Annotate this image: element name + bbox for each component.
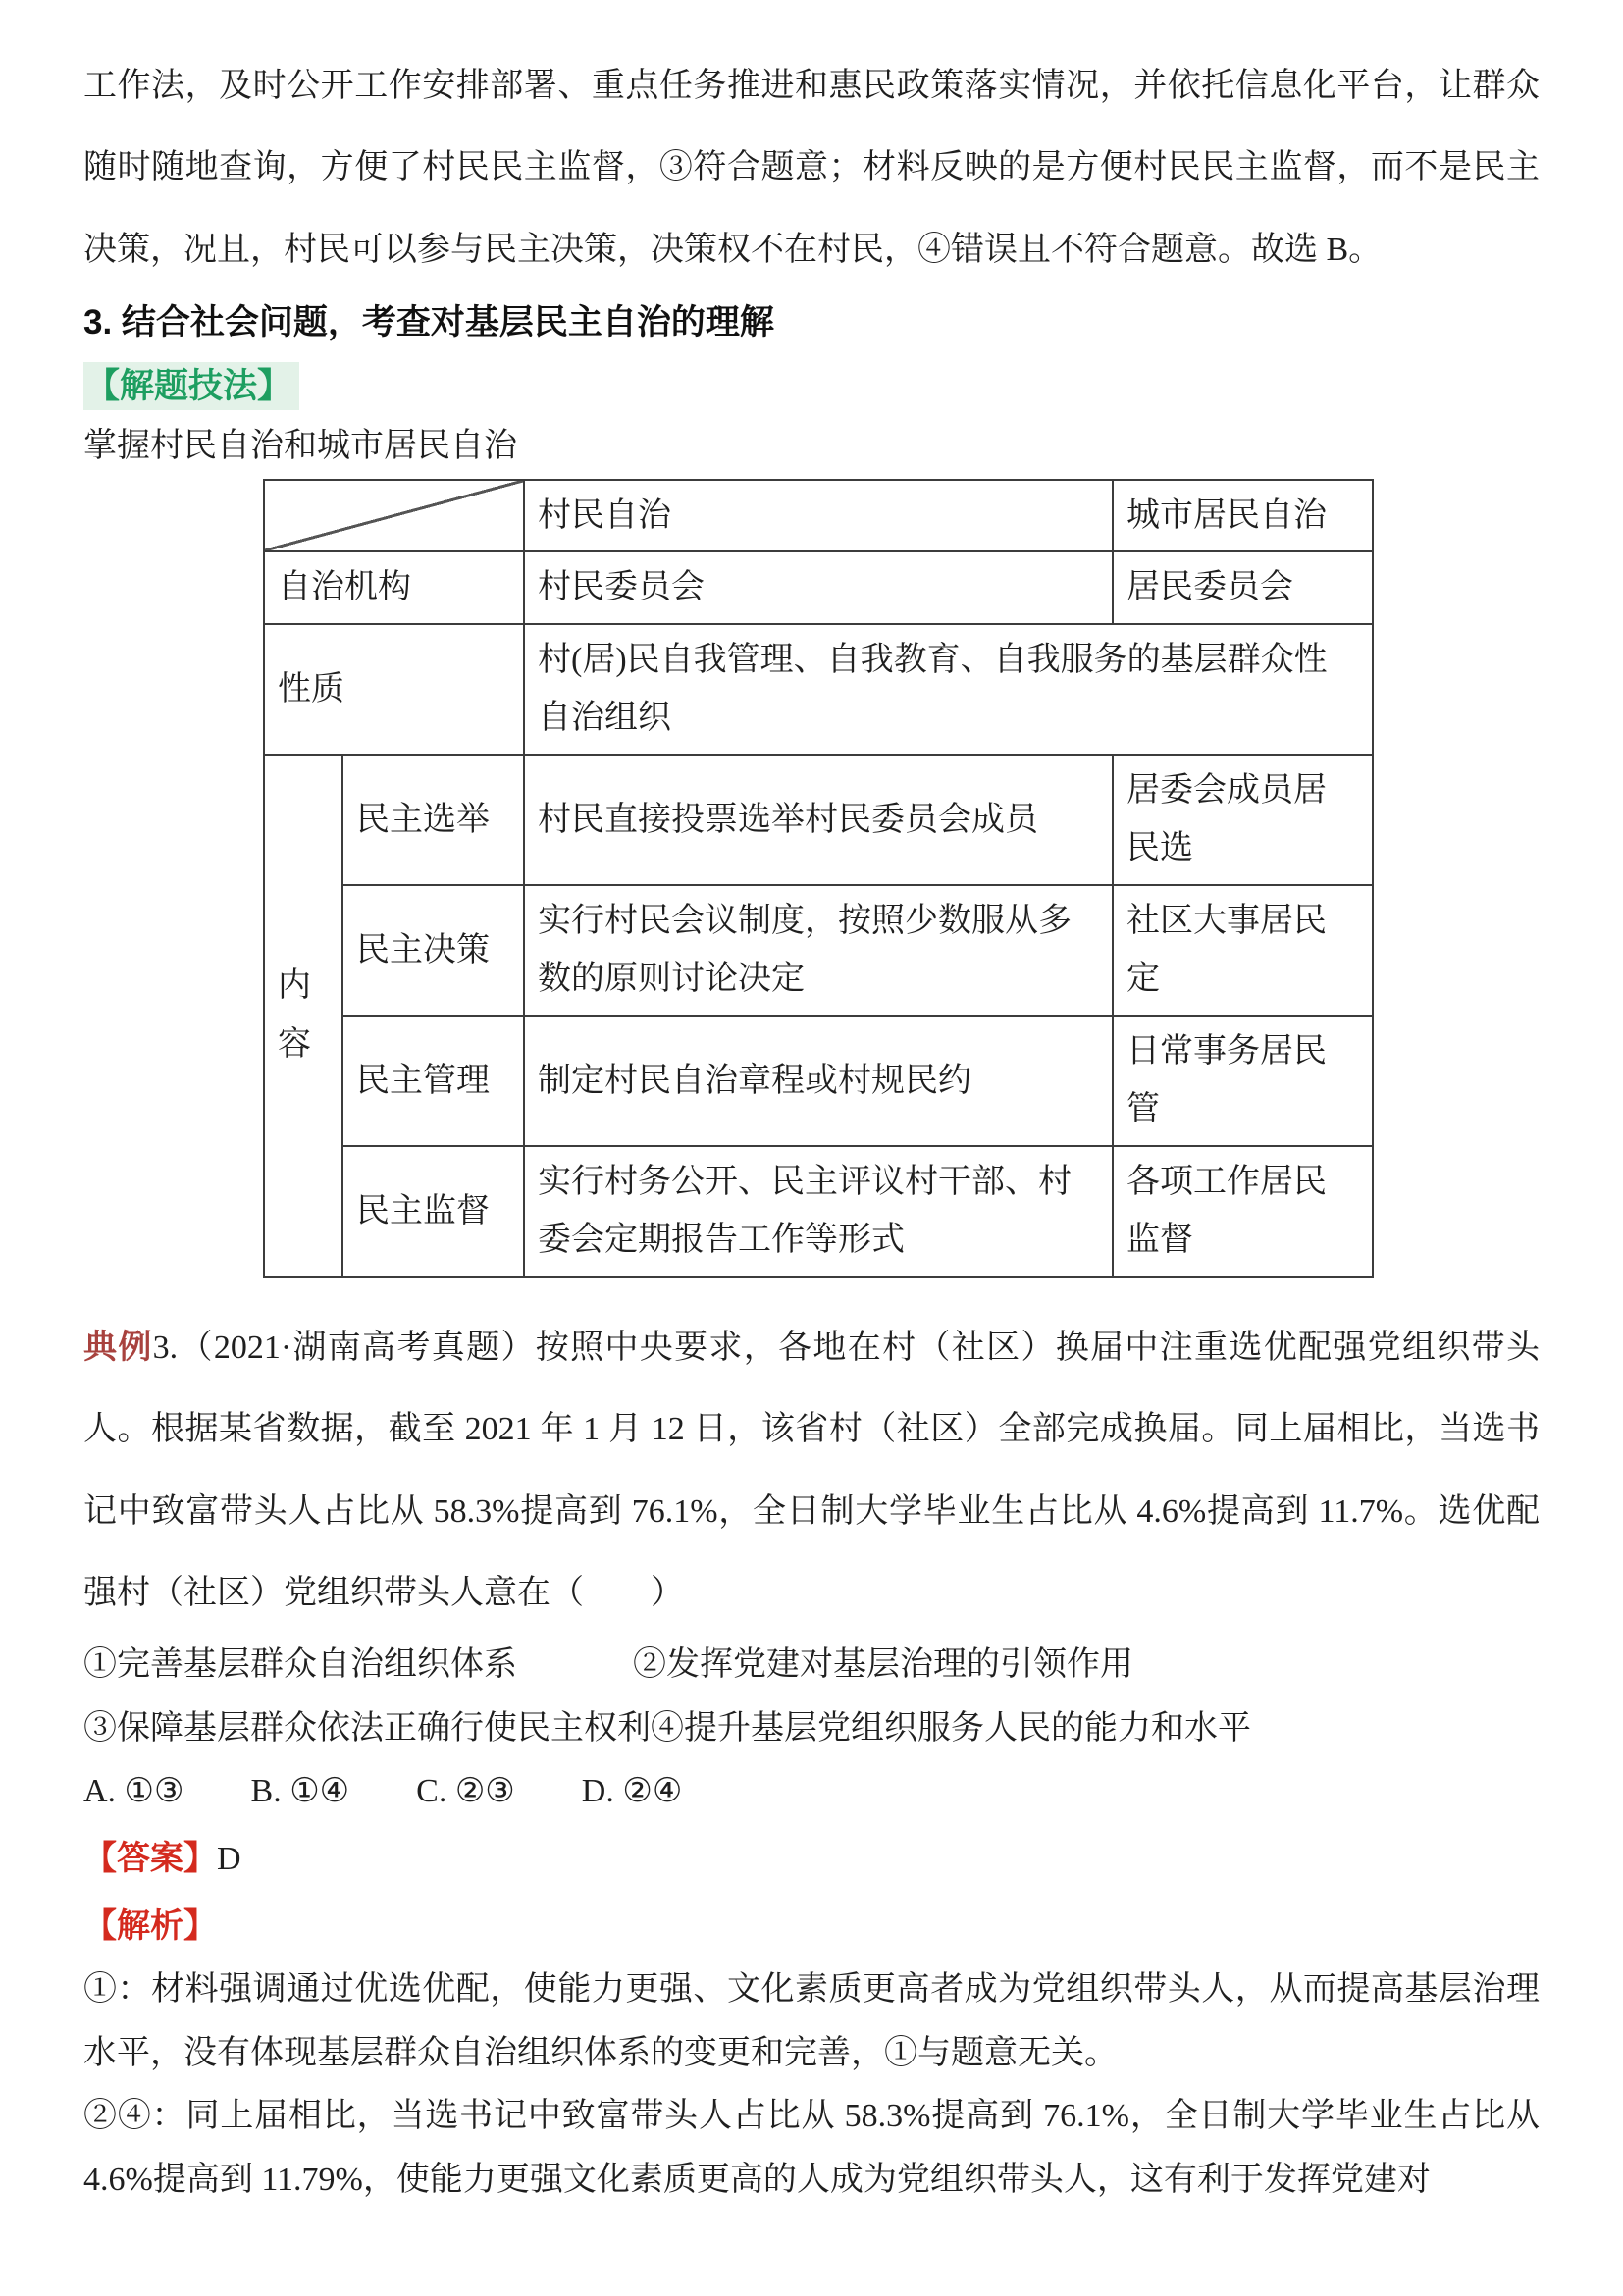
options-row-1: ①完善基层群众自治组织体系②发挥党建对基层治理的引领作用	[83, 1634, 1540, 1697]
decision-city-cell: 社区大事居民定	[1113, 885, 1373, 1016]
header-city-cell: 城市居民自治	[1113, 480, 1373, 552]
table-row-supervision: 民主监督 实行村务公开、民主评议村干部、村委会定期报告工作等形式 各项工作居民监…	[264, 1146, 1373, 1277]
analysis-paragraph-1: ①：材料强调通过优选优配，使能力更强、文化素质更高者成为党组织带头人，从而提高基…	[83, 1958, 1540, 2085]
supervision-label-cell: 民主监督	[342, 1146, 524, 1277]
analysis-label: 【解析】	[83, 1908, 217, 1945]
example-paragraph: 典例3.（2021·湖南高考真题）按照中央要求，各地在村（社区）换届中注重选优配…	[83, 1307, 1540, 1634]
nature-text-cell: 村(居)民自我管理、自我教育、自我服务的基层群众性自治组织	[524, 624, 1373, 755]
management-label-cell: 民主管理	[342, 1016, 524, 1146]
section-heading: 3. 结合社会问题，考查对基层民主自治的理解	[83, 298, 1540, 348]
decision-village-cell: 实行村民会议制度，按照少数服从多数的原则讨论决定	[524, 885, 1113, 1016]
technique-label: 【解题技法】	[83, 362, 299, 411]
table-diagonal-cell	[264, 480, 524, 552]
option-4: ④提升基层党组织服务人民的能力和水平	[651, 1710, 1251, 1747]
options-row-2: ③保障基层群众依法正确行使民主权利④提升基层党组织服务人民的能力和水平	[83, 1697, 1540, 1761]
management-village-cell: 制定村民自治章程或村规民约	[524, 1016, 1113, 1146]
table-header-row: 村民自治 城市居民自治	[264, 480, 1373, 552]
self-governance-comparison-table: 村民自治 城市居民自治 自治机构 村民委员会 居民委员会 性质 村(居)民自我管…	[263, 479, 1374, 1278]
option-1: ①完善基层群众自治组织体系	[83, 1634, 633, 1697]
nature-label-cell: 性质	[264, 624, 524, 755]
document-page: 工作法，及时公开工作安排部署、重点任务推进和惠民政策落实情况，并依托信息化平台，…	[0, 0, 1623, 2296]
management-city-cell: 日常事务居民管	[1113, 1016, 1373, 1146]
table-row-nature: 性质 村(居)民自我管理、自我教育、自我服务的基层群众性自治组织	[264, 624, 1373, 755]
table-row-organ: 自治机构 村民委员会 居民委员会	[264, 551, 1373, 624]
example-label: 典例	[83, 1330, 153, 1366]
content-label-cell: 内容	[264, 755, 342, 1277]
intro-paragraph: 工作法，及时公开工作安排部署、重点任务推进和惠民政策落实情况，并依托信息化平台，…	[83, 45, 1540, 290]
answer-label: 【答案】	[83, 1841, 217, 1877]
supervision-village-cell: 实行村务公开、民主评议村干部、村委会定期报告工作等形式	[524, 1146, 1113, 1277]
election-village-cell: 村民直接投票选举村民委员会成员	[524, 755, 1113, 885]
analysis-label-row: 【解析】	[83, 1896, 1540, 1959]
analysis-paragraph-2: ②④：同上届相比，当选书记中致富带头人占比从 58.3%提高到 76.1%，全日…	[83, 2085, 1540, 2212]
example-body: 3.（2021·湖南高考真题）按照中央要求，各地在村（社区）换届中注重选优配强党…	[83, 1330, 1540, 1611]
answer-row: 【答案】D	[83, 1828, 1540, 1892]
election-label-cell: 民主选举	[342, 755, 524, 885]
table-row-management: 民主管理 制定村民自治章程或村规民约 日常事务居民管	[264, 1016, 1373, 1146]
election-city-cell: 居委会成员居民选	[1113, 755, 1373, 885]
organ-label-cell: 自治机构	[264, 551, 524, 624]
table-row-election: 内容 民主选举 村民直接投票选举村民委员会成员 居委会成员居民选	[264, 755, 1373, 885]
header-village-cell: 村民自治	[524, 480, 1113, 552]
technique-label-row: 【解题技法】	[83, 348, 1540, 411]
option-3: ③保障基层群众依法正确行使民主权利	[83, 1697, 651, 1761]
organ-village-cell: 村民委员会	[524, 551, 1113, 624]
technique-intro: 掌握村民自治和城市居民自治	[83, 418, 1540, 475]
supervision-city-cell: 各项工作居民监督	[1113, 1146, 1373, 1277]
choices-line: A. ①③ B. ①④ C. ②③ D. ②④	[83, 1760, 1540, 1824]
table-row-decision: 民主决策 实行村民会议制度，按照少数服从多数的原则讨论决定 社区大事居民定	[264, 885, 1373, 1016]
answer-value: D	[217, 1841, 241, 1877]
decision-label-cell: 民主决策	[342, 885, 524, 1016]
organ-city-cell: 居民委员会	[1113, 551, 1373, 624]
option-2: ②发挥党建对基层治理的引领作用	[633, 1646, 1133, 1683]
